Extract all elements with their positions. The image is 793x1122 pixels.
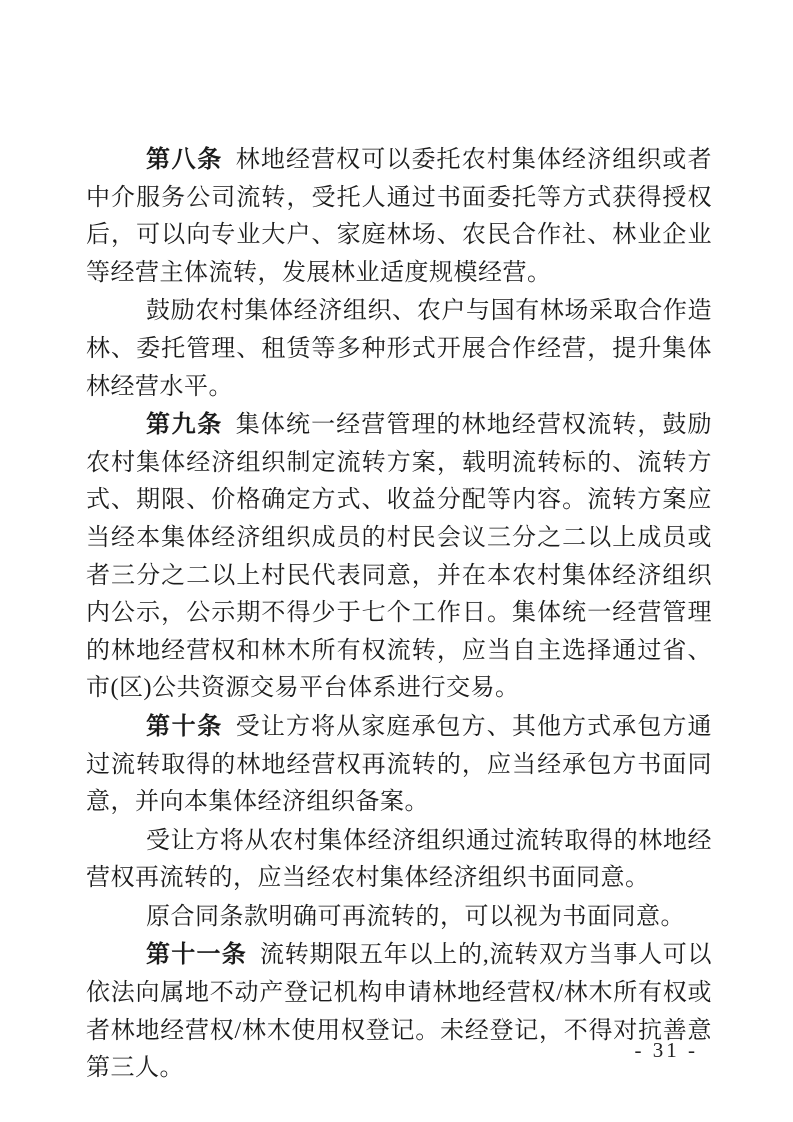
article-10-sub1-text: 受让方将从农村集体经济组织通过流转取得的林地经营权再流转的，应当经农村集体经济组… [86, 828, 712, 892]
article-9-text: 集体统一经营管理的林地经营权流转，鼓励农村集体经济组织制定流转方案，载明流转标的… [86, 412, 712, 701]
article-8-subparagraph: 鼓励农村集体经济组织、农户与国有林场采取合作造林、委托管理、租赁等多种形式开展合… [86, 292, 712, 406]
document-page: 第八条林地经营权可以委托农村集体经济组织或者中介服务公司流转，受托人通过书面委托… [0, 0, 793, 1122]
article-9-paragraph: 第九条集体统一经营管理的林地经营权流转，鼓励农村集体经济组织制定流转方案，载明流… [86, 406, 712, 708]
article-10-subparagraph-2: 原合同条款明确可再流转的，可以视为书面同意。 [86, 898, 712, 937]
page-number: - 31 - [635, 1038, 699, 1063]
article-8-sub-text: 鼓励农村集体经济组织、农户与国有林场采取合作造林、委托管理、租赁等多种形式开展合… [86, 298, 712, 399]
article-11-paragraph: 第十一条流转期限五年以上的,流转双方当事人可以依法向属地不动产登记机构申请林地经… [86, 936, 712, 1087]
article-11-number: 第十一条 [146, 941, 247, 968]
article-8-number: 第八条 [146, 146, 223, 173]
article-8-paragraph: 第八条林地经营权可以委托农村集体经济组织或者中介服务公司流转，受托人通过书面委托… [86, 141, 712, 292]
article-10-sub2-text: 原合同条款明确可再流转的，可以视为书面同意。 [146, 904, 685, 930]
article-9-number: 第九条 [146, 411, 223, 438]
document-body: 第八条林地经营权可以委托农村集体经济组织或者中介服务公司流转，受托人通过书面委托… [86, 141, 712, 1088]
article-10-number: 第十条 [146, 713, 223, 740]
article-10-paragraph: 第十条受让方将从家庭承包方、其他方式承包方通过流转取得的林地经营权再流转的，应当… [86, 708, 712, 822]
article-10-subparagraph-1: 受让方将从农村集体经济组织通过流转取得的林地经营权再流转的，应当经农村集体经济组… [86, 822, 712, 898]
